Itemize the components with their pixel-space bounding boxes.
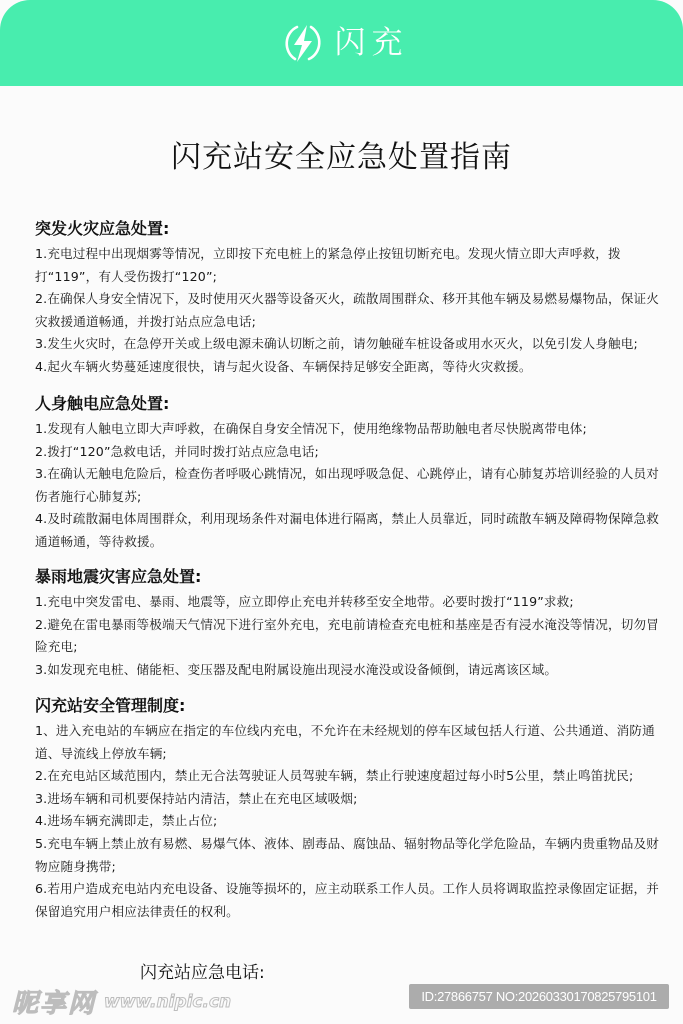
- brand-name: 闪充: [335, 28, 409, 59]
- section-safety-management: 闪充站安全管理制度: 1、进入充电站的车辆应在指定的车位线内充电，不允许在未经规…: [35, 695, 665, 923]
- list-item: 3.如发现充电桩、储能柜、变压器及配电附属设施出现浸水淹没或设备倾倒，请远离该区…: [35, 659, 665, 682]
- list-item: 4.进场车辆充满即走，禁止占位;: [35, 810, 665, 833]
- brand-logo: 闪充: [283, 21, 409, 65]
- document-title: 闪充站安全应急处置指南: [0, 132, 683, 176]
- section-heading: 闪充站安全管理制度:: [35, 695, 665, 717]
- list-item: 2.在充电站区域范围内，禁止无合法驾驶证人员驾驶车辆，禁止行驶速度超过每小时5公…: [35, 765, 665, 788]
- watermark-site-url: www.nipic.cn: [104, 992, 231, 1012]
- list-item: 1.充电过程中出现烟雾等情况，立即按下充电桩上的紧急停止按钮切断充电。发现火情立…: [35, 243, 665, 288]
- section-fire-emergency: 突发火灾应急处置: 1.充电过程中出现烟雾等情况，立即按下充电桩上的紧急停止按钮…: [35, 218, 665, 379]
- list-item: 1.发现有人触电立即大声呼救，在确保自身安全情况下，使用绝缘物品帮助触电者尽快脱…: [35, 418, 665, 441]
- site-watermark: 昵享网 www.nipic.cn: [12, 983, 231, 1020]
- list-item: 3.进场车辆和司机要保持站内清洁，禁止在充电区域吸烟;: [35, 788, 665, 811]
- list-item: 3.在确认无触电危险后，检查伤者呼吸心跳情况，如出现呼吸急促、心跳停止，请有心肺…: [35, 463, 665, 508]
- section-heading: 突发火灾应急处置:: [35, 218, 665, 240]
- list-item: 2.拨打“120”急救电话，并同时拨打站点应急电话;: [35, 441, 665, 464]
- image-id-badge: ID:27866757 NO:20260330170825795101: [409, 984, 669, 1009]
- list-item: 2.避免在雷电暴雨等极端天气情况下进行室外充电，充电前请检查充电桩和基座是否有浸…: [35, 614, 665, 659]
- list-item: 2.在确保人身安全情况下，及时使用灭火器等设备灭火，疏散周围群众、移开其他车辆及…: [35, 288, 665, 333]
- list-item: 5.充电车辆上禁止放有易燃、易爆气体、液体、剧毒品、腐蚀品、辐射物品等化学危险品…: [35, 833, 665, 878]
- lightning-bolt-circle-icon: [283, 21, 323, 65]
- section-storm-earthquake: 暴雨地震灾害应急处置: 1.充电中突发雷电、暴雨、地震等，应立即停止充电并转移至…: [35, 566, 665, 681]
- list-item: 4.及时疏散漏电体周围群众，利用现场条件对漏电体进行隔离，禁止人员靠近，同时疏散…: [35, 508, 665, 553]
- list-item: 1、进入充电站的车辆应在指定的车位线内充电，不允许在未经规划的停车区域包括人行道…: [35, 720, 665, 765]
- section-electric-shock: 人身触电应急处置: 1.发现有人触电立即大声呼救，在确保自身安全情况下，使用绝缘…: [35, 393, 665, 554]
- list-item: 3.发生火灾时，在急停开关或上级电源未确认切断之前，请勿触碰车桩设备或用水灭火，…: [35, 333, 665, 356]
- section-heading: 暴雨地震灾害应急处置:: [35, 566, 665, 588]
- section-heading: 人身触电应急处置:: [35, 393, 665, 415]
- brand-header: 闪充: [0, 0, 683, 86]
- emergency-hotline-label: 闪充站应急电话:: [140, 958, 265, 983]
- list-item: 1.充电中突发雷电、暴雨、地震等，应立即停止充电并转移至安全地带。必要时拨打“1…: [35, 591, 665, 614]
- watermark-site-name: 昵享网: [12, 983, 96, 1020]
- list-item: 6.若用户造成充电站内充电设备、设施等损坏的，应主动联系工作人员。工作人员将调取…: [35, 878, 665, 923]
- list-item: 4.起火车辆火势蔓延速度很快，请与起火设备、车辆保持足够安全距离，等待火灾救援。: [35, 356, 665, 379]
